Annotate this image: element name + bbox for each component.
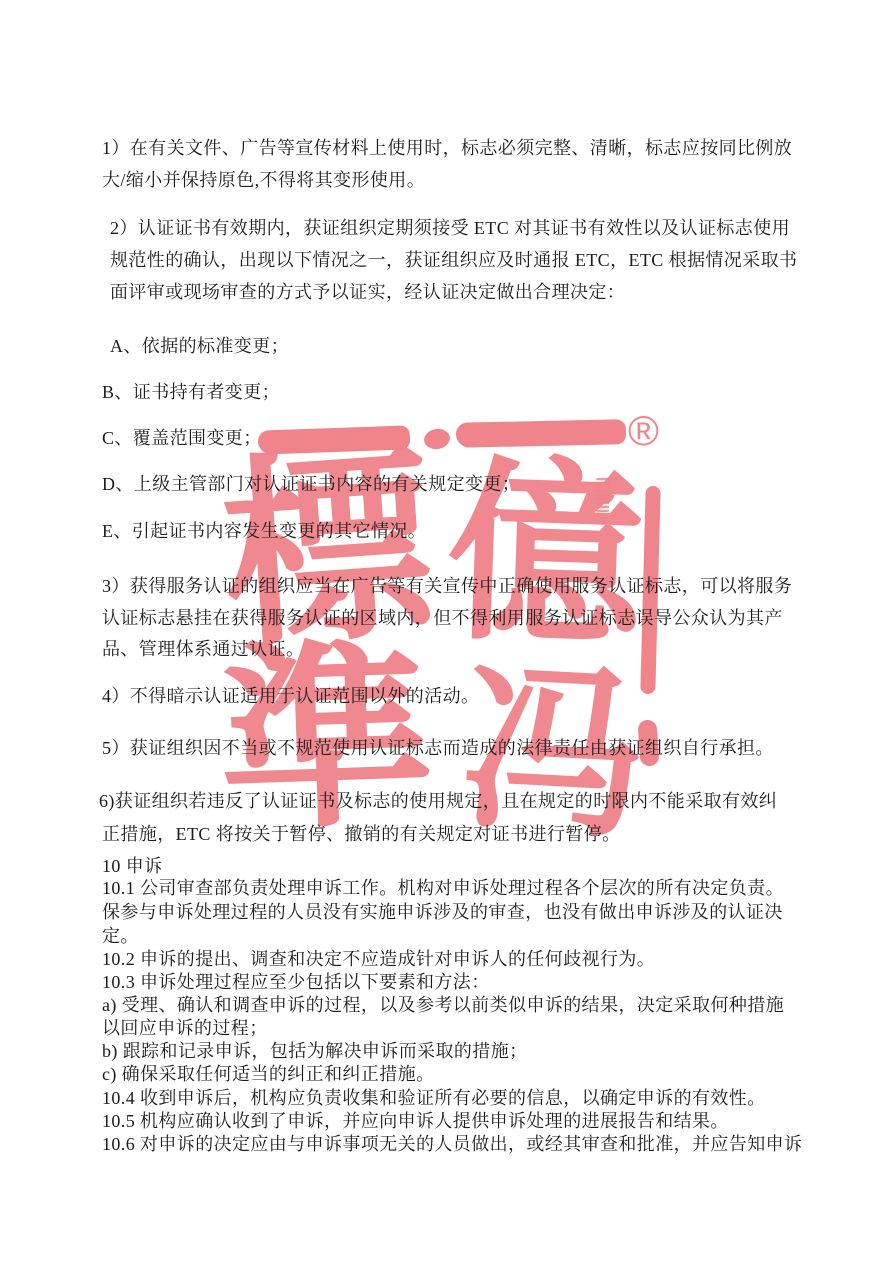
section-10-heading: 10 申诉 <box>102 855 802 877</box>
clause-10-4: 10.4 收到申诉后，机构应负责收集和验证所有必要的信息，以确定申诉的有效性。 <box>102 1087 802 1109</box>
paragraph-3-line-1: 3）获得服务认证的组织应当在广告等有关宣传中正确使用服务认证标志，可以将服务 <box>102 575 802 597</box>
paragraph-2-line-2: 规范性的确认，出现以下情况之一，获证组织应及时通报 ETC，ETC 根据情况采取… <box>102 249 810 271</box>
clause-10-2: 10.2 申诉的提出、调查和决定不应造成针对申诉人的任何歧视行为。 <box>102 948 802 970</box>
list-item-B: B、证书持有者变更； <box>102 381 802 403</box>
clause-10-3: 10.3 申诉处理过程应至少包括以下要素和方法： <box>102 971 802 993</box>
paragraph-5: 5）获证组织因不当或不规范使用认证标志而造成的法律责任由获证组织自行承担。 <box>102 737 802 759</box>
clause-10-3-item-b: b) 跟踪和记录申诉，包括为解决申诉而采取的措施； <box>102 1040 802 1062</box>
clause-10-1-line-1: 10.1 公司审查部负责处理申诉工作。机构对申诉处理过程各个层次的所有决定负责。 <box>102 877 802 899</box>
clause-10-3-item-a-line-1: a) 受理、确认和调查申诉的过程，以及参考以前类似申诉的结果，决定采取何种措施 <box>102 994 802 1016</box>
paragraph-3-line-3: 品、管理体系通过认证。 <box>102 638 802 660</box>
paragraph-2-line-1: 2）认证证书有效期内，获证组织定期须接受 ETC 对其证书有效性以及认证标志使用 <box>102 217 810 239</box>
clause-10-6: 10.6 对申诉的决定应由与申诉事项无关的人员做出，或经其审查和批准，并应告知申… <box>102 1133 802 1155</box>
clause-10-1-line-2: 保参与申诉处理过程的人员没有实施申诉涉及的审查，也没有做出申诉涉及的认证决 <box>102 901 802 923</box>
paragraph-6-line-1: 6)获证组织若违反了认证证书及标志的使用规定，且在规定的时限内不能采取有效纠 <box>99 790 799 812</box>
list-item-A: A、依据的标准变更； <box>102 335 810 357</box>
paragraph-6-line-2: 正措施，ETC 将按关于暂停、撤销的有关规定对证书进行暂停。 <box>102 823 802 845</box>
paragraph-2-line-3: 面评审或现场审查的方式予以证实，经认证决定做出合理决定： <box>102 281 810 303</box>
paragraph-3-line-2: 认证标志悬挂在获得服务认证的区域内，但不得利用服务认证标志误导公众认为其产 <box>102 607 802 629</box>
clause-10-3-item-c: c) 确保采取任何适当的纠正和纠正措施。 <box>102 1063 802 1085</box>
paragraph-1-line-1: 1）在有关文件、广告等宣传材料上使用时，标志必须完整、清晰，标志应按同比例放 <box>102 137 802 159</box>
clause-10-1-line-3: 定。 <box>102 925 802 947</box>
list-item-D: D、上级主管部门对认证证书内容的有关规定变更； <box>102 473 802 495</box>
list-item-E: E、引起证书内容发生变更的其它情况。 <box>102 520 802 542</box>
clause-10-3-item-a-line-2: 以回应申诉的过程； <box>102 1017 802 1039</box>
document-page: ® 標 億 準 冯 1）在有关文件、广告等宣传材料上使用时，标志必须完整、清晰，… <box>0 0 892 1262</box>
paragraph-4: 4）不得暗示认证适用于认证范围以外的活动。 <box>102 685 802 707</box>
list-item-C: C、覆盖范围变更； <box>102 427 802 449</box>
clause-10-5: 10.5 机构应确认收到了申诉，并应向申诉人提供申诉处理的进展报告和结果。 <box>102 1110 802 1132</box>
paragraph-1-line-2: 大/缩小并保持原色,不得将其变形使用。 <box>102 169 802 191</box>
